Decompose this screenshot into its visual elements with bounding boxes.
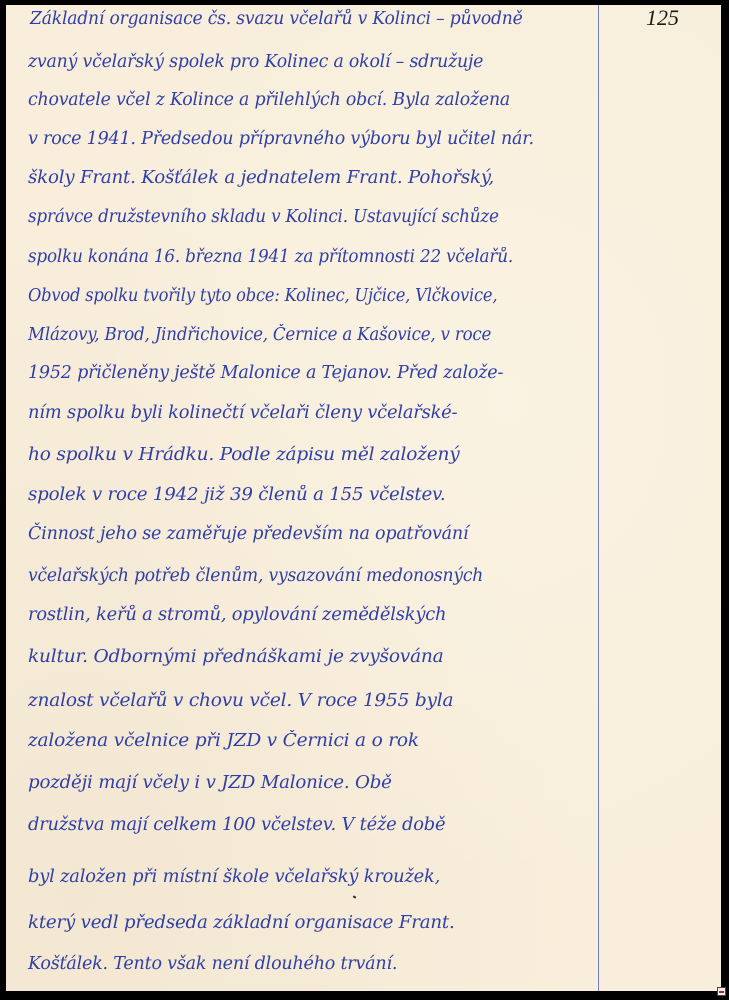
text-line: byl založen při místní škole včelařský k… — [28, 867, 440, 887]
text-line: Základní organisace čs. svazu včelařů v … — [30, 9, 523, 29]
text-line: 1952 přičleněny ještě Malonice a Tejanov… — [28, 363, 503, 383]
handwritten-page: 125 Základní organisace čs. svazu včelař… — [6, 5, 721, 991]
text-line: znalost včelařů v chovu včel. V roce 195… — [28, 691, 453, 711]
text-line: který vedl předseda základní organisace … — [28, 913, 455, 933]
text-line: založena včelnice při JZD v Černici a o … — [28, 731, 419, 751]
text-line: Obvod spolku tvořily tyto obce: Kolinec,… — [28, 286, 497, 306]
text-line: spolek v roce 1942 již 39 členů a 155 vč… — [28, 485, 446, 505]
ink-speck — [353, 895, 357, 898]
text-line: později mají včely i v JZD Malonice. Obě — [28, 773, 392, 793]
text-line: Mlázovy, Brod, Jindřichovice, Černice a … — [28, 325, 491, 345]
text-line: v roce 1941. Předsedou přípravného výbor… — [28, 129, 534, 149]
text-line: rostlin, keřů a stromů, opylování zemědě… — [28, 605, 446, 625]
text-line: správce družstevního skladu v Kolinci. U… — [28, 207, 499, 227]
text-line: kultur. Odbornými přednáškami je zvyšová… — [28, 647, 444, 667]
page-number: 125 — [646, 7, 679, 29]
text-line: Košťálek. Tento však není dlouhého trván… — [28, 954, 397, 974]
text-line: ním spolku byli kolinečtí včelaři členy … — [28, 403, 457, 423]
text-line: včelařských potřeb členům, vysazování me… — [28, 566, 483, 586]
text-line: zvaný včelařský spolek pro Kolinec a oko… — [28, 52, 483, 72]
text-line: ho spolku v Hrádku. Podle zápisu měl zal… — [28, 445, 459, 465]
viewer-corner-icon[interactable] — [717, 987, 726, 996]
text-line: spolku konána 16. března 1941 za přítomn… — [28, 247, 513, 267]
text-line: chovatele včel z Kolince a přilehlých ob… — [28, 90, 510, 110]
text-line: Činnost jeho se zaměřuje především na op… — [28, 524, 468, 544]
text-line: školy Frant. Košťálek a jednatelem Frant… — [28, 168, 494, 188]
text-line: družstva mají celkem 100 včelstev. V též… — [28, 815, 445, 835]
margin-rule — [598, 5, 599, 991]
